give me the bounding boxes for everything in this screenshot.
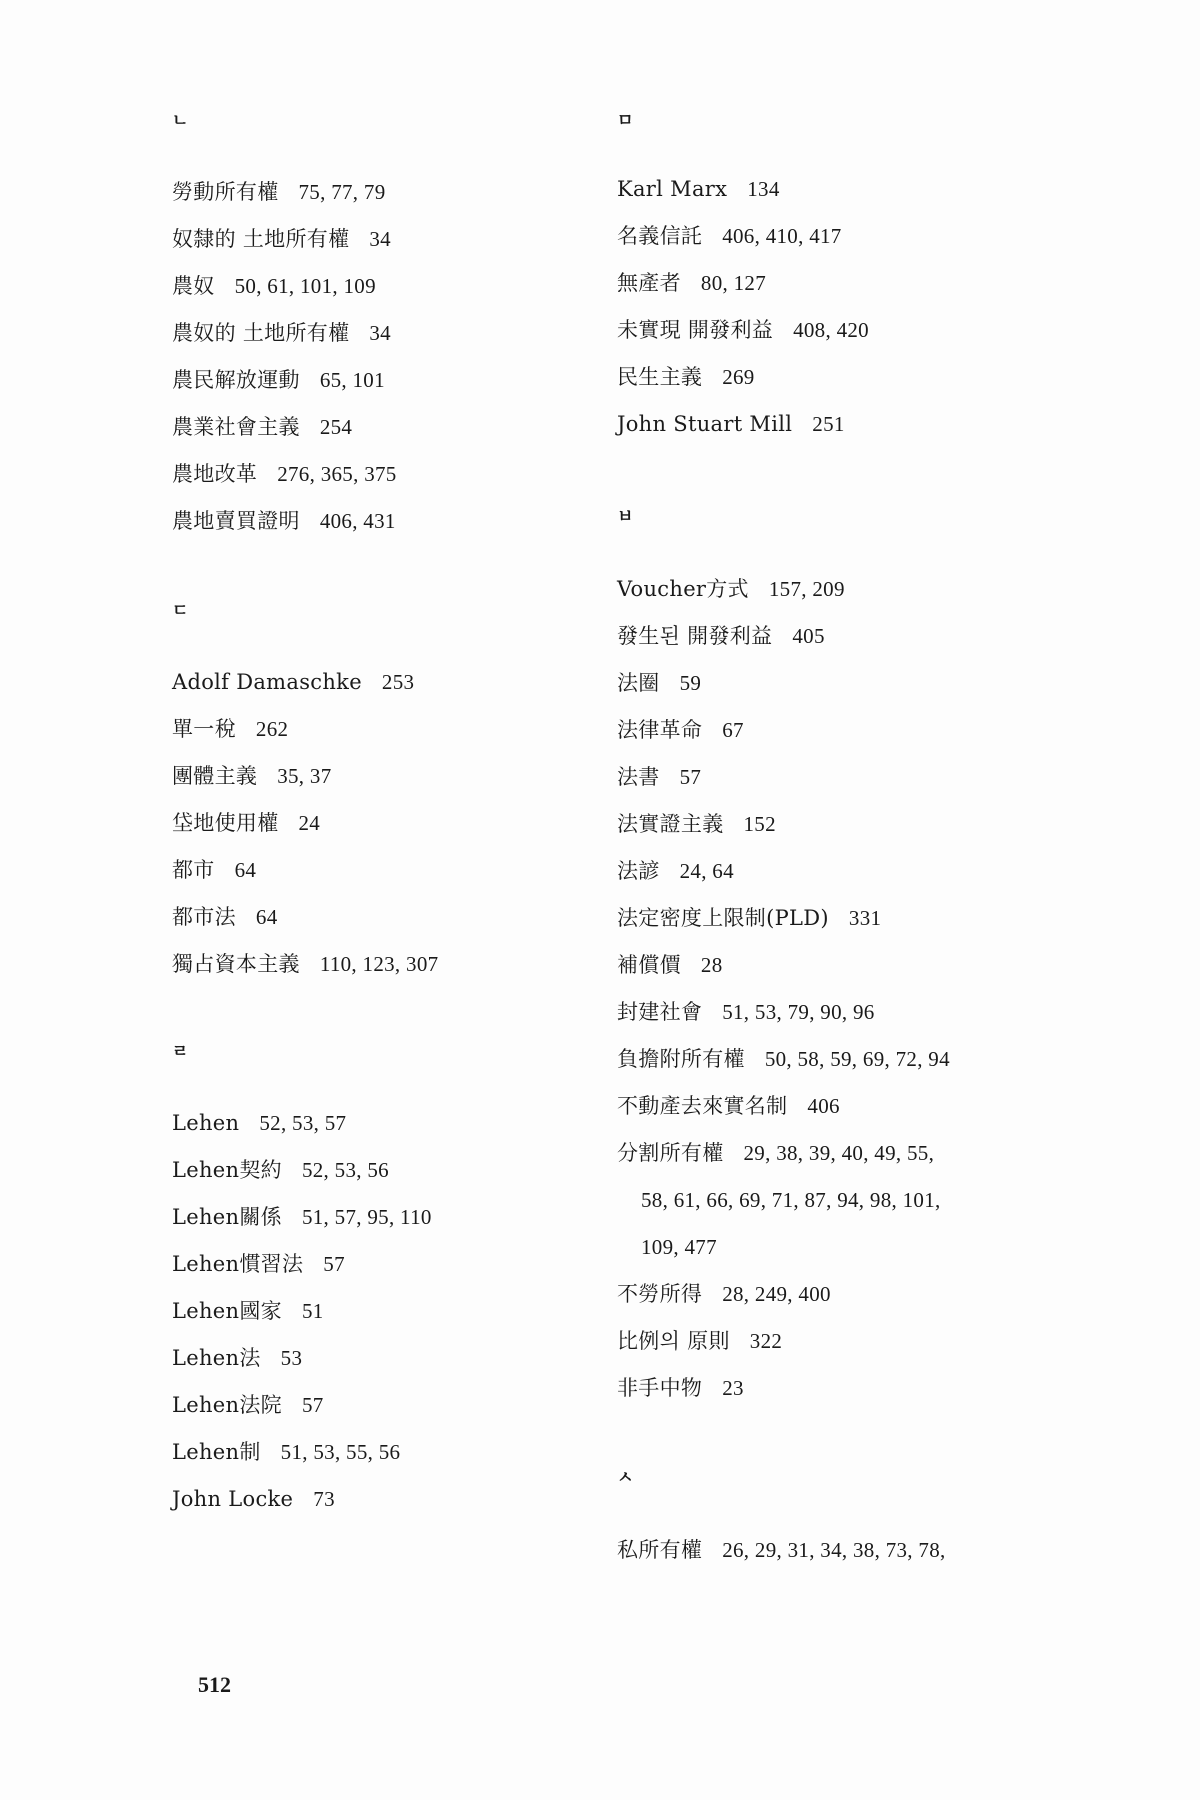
entry-term: Lehen制 <box>172 1440 261 1464</box>
index-entry: John Stuart Mill251 <box>617 401 1057 448</box>
index-entry: 民生主義269 <box>617 354 1057 401</box>
index-entry: 補償價28 <box>617 942 1057 989</box>
entry-list: 私所有權26, 29, 31, 34, 38, 73, 78, <box>617 1527 1057 1574</box>
index-entry: 不動產去來實名制406 <box>617 1083 1057 1130</box>
index-entry: Lehen慣習法57 <box>172 1241 572 1288</box>
entry-pages: 26, 29, 31, 34, 38, 73, 78, <box>722 1538 945 1562</box>
index-entry: 農奴的 土地所有權34 <box>172 310 572 357</box>
entry-pages: 322 <box>750 1329 782 1353</box>
entry-pages: 50, 58, 59, 69, 72, 94 <box>765 1047 950 1071</box>
entry-term: 比例의 原則 <box>617 1329 730 1353</box>
entry-pages: 405 <box>792 624 824 648</box>
entry-pages: 157, 209 <box>769 577 845 601</box>
section-heading: ㄹ <box>172 1037 572 1067</box>
index-entry: Adolf Damaschke253 <box>172 659 572 706</box>
entry-pages: 34 <box>369 227 391 251</box>
entry-pages: 65, 101 <box>320 368 385 392</box>
entry-pages: 57 <box>680 765 702 789</box>
entry-pages: 28, 249, 400 <box>722 1282 831 1306</box>
entry-term: 農民解放運動 <box>172 368 300 392</box>
index-entry-continuation: 109, 477 <box>617 1224 1057 1271</box>
index-entry: 法書57 <box>617 754 1057 801</box>
entry-term: Lehen <box>172 1111 239 1135</box>
entry-pages: 58, 61, 66, 69, 71, 87, 94, 98, 101, <box>641 1188 941 1212</box>
entry-term: Lehen法院 <box>172 1393 282 1417</box>
section-heading: ㅅ <box>617 1463 1057 1493</box>
entry-pages: 253 <box>382 670 414 694</box>
index-entry: 名義信託406, 410, 417 <box>617 213 1057 260</box>
index-entry: 無產者80, 127 <box>617 260 1057 307</box>
entry-pages: 80, 127 <box>701 271 766 295</box>
entry-list: Voucher方式157, 209 發生된 開發利益405 法圈59 法律革命6… <box>617 566 1057 1412</box>
entry-term: 獨占資本主義 <box>172 952 300 976</box>
index-section-bieup: ㅂ Voucher方式157, 209 發生된 開發利益405 法圈59 法律革… <box>617 502 1057 1412</box>
index-entry: 農地賣買證明406, 431 <box>172 498 572 545</box>
entry-term: 封建社會 <box>617 1000 702 1024</box>
entry-pages: 406 <box>807 1094 839 1118</box>
entry-term: Lehen契約 <box>172 1158 282 1182</box>
entry-term: 非手中物 <box>617 1376 702 1400</box>
entry-term: John Stuart Mill <box>617 412 792 436</box>
entry-term: Karl Marx <box>617 177 727 201</box>
entry-term: 分割所有權 <box>617 1141 724 1165</box>
entry-pages: 29, 38, 39, 40, 49, 55, <box>744 1141 935 1165</box>
entry-term: 團體主義 <box>172 764 257 788</box>
entry-pages: 406, 410, 417 <box>722 224 841 248</box>
index-entry: Lehen法院57 <box>172 1382 572 1429</box>
index-entry: 團體主義35, 37 <box>172 753 572 800</box>
entry-term: Lehen慣習法 <box>172 1252 303 1276</box>
index-entry: 農地改革276, 365, 375 <box>172 451 572 498</box>
entry-pages: 408, 420 <box>793 318 869 342</box>
page-number: 512 <box>198 1672 231 1698</box>
index-section-digeut: ㄷ Adolf Damaschke253 單一稅262 團體主義35, 37 垈… <box>172 596 572 988</box>
entry-term: 垈地使用權 <box>172 811 279 835</box>
index-entry: Lehen52, 53, 57 <box>172 1100 572 1147</box>
entry-pages: 35, 37 <box>277 764 331 788</box>
index-entry: 法圈59 <box>617 660 1057 707</box>
entry-term: 農業社會主義 <box>172 415 300 439</box>
index-entry: Lehen關係51, 57, 95, 110 <box>172 1194 572 1241</box>
entry-term: 名義信託 <box>617 224 702 248</box>
entry-pages: 73 <box>313 1487 335 1511</box>
index-entry: 未實現 開發利益408, 420 <box>617 307 1057 354</box>
entry-pages: 134 <box>747 177 779 201</box>
entry-pages: 23 <box>722 1376 744 1400</box>
entry-term: Lehen國家 <box>172 1299 282 1323</box>
entry-pages: 64 <box>256 905 278 929</box>
entry-pages: 28 <box>701 953 723 977</box>
entry-pages: 406, 431 <box>320 509 396 533</box>
entry-pages: 251 <box>812 412 844 436</box>
entry-list: 勞動所有權75, 77, 79 奴隸的 土地所有權34 農奴50, 61, 10… <box>172 169 572 545</box>
index-entry: 獨占資本主義110, 123, 307 <box>172 941 572 988</box>
index-entry: Lehen法53 <box>172 1335 572 1382</box>
entry-term: 負擔附所有權 <box>617 1047 745 1071</box>
entry-pages: 57 <box>302 1393 324 1417</box>
section-heading: ㅁ <box>617 106 1057 136</box>
entry-term: 法諺 <box>617 859 660 883</box>
entry-pages: 51 <box>302 1299 324 1323</box>
index-entry: 勞動所有權75, 77, 79 <box>172 169 572 216</box>
entry-pages: 52, 53, 57 <box>259 1111 346 1135</box>
entry-pages: 57 <box>323 1252 345 1276</box>
entry-pages: 53 <box>281 1346 303 1370</box>
index-section-rieul: ㄹ Lehen52, 53, 57 Lehen契約52, 53, 56 Lehe… <box>172 1037 572 1523</box>
entry-term: Lehen關係 <box>172 1205 282 1229</box>
index-entry: 封建社會51, 53, 79, 90, 96 <box>617 989 1057 1036</box>
index-entry: 比例의 原則322 <box>617 1318 1057 1365</box>
entry-term: 法實證主義 <box>617 812 724 836</box>
index-entry: 負擔附所有權50, 58, 59, 69, 72, 94 <box>617 1036 1057 1083</box>
entry-term: 私所有權 <box>617 1538 702 1562</box>
entry-list: Adolf Damaschke253 單一稅262 團體主義35, 37 垈地使… <box>172 659 572 988</box>
entry-pages: 51, 57, 95, 110 <box>302 1205 432 1229</box>
entry-pages: 75, 77, 79 <box>299 180 386 204</box>
entry-term: 法圈 <box>617 671 660 695</box>
entry-pages: 51, 53, 79, 90, 96 <box>722 1000 874 1024</box>
entry-term: 農奴 <box>172 274 215 298</box>
index-entry: 都市法64 <box>172 894 572 941</box>
index-entry: 農業社會主義254 <box>172 404 572 451</box>
entry-pages: 109, 477 <box>641 1235 717 1259</box>
index-entry: 農民解放運動65, 101 <box>172 357 572 404</box>
entry-term: 法書 <box>617 765 660 789</box>
entry-term: 農地改革 <box>172 462 257 486</box>
index-entry: 單一稅262 <box>172 706 572 753</box>
index-section-siot: ㅅ 私所有權26, 29, 31, 34, 38, 73, 78, <box>617 1463 1057 1574</box>
entry-term: 未實現 開發利益 <box>617 318 773 342</box>
entry-term: John Locke <box>172 1487 293 1511</box>
index-entry: John Locke73 <box>172 1476 572 1523</box>
index-entry: Voucher方式157, 209 <box>617 566 1057 613</box>
index-entry: 分割所有權29, 38, 39, 40, 49, 55, <box>617 1130 1057 1177</box>
entry-pages: 269 <box>722 365 754 389</box>
index-entry: 法律革命67 <box>617 707 1057 754</box>
entry-pages: 24, 64 <box>680 859 734 883</box>
entry-term: 無產者 <box>617 271 681 295</box>
index-entry: 法諺24, 64 <box>617 848 1057 895</box>
index-entry: 法實證主義152 <box>617 801 1057 848</box>
index-entry: Lehen國家51 <box>172 1288 572 1335</box>
index-entry: 農奴50, 61, 101, 109 <box>172 263 572 310</box>
entry-pages: 331 <box>849 906 881 930</box>
entry-pages: 51, 53, 55, 56 <box>281 1440 401 1464</box>
entry-pages: 59 <box>680 671 702 695</box>
entry-term: 農地賣買證明 <box>172 509 300 533</box>
entry-pages: 67 <box>722 718 744 742</box>
section-heading: ㄴ <box>172 106 572 136</box>
section-heading: ㅂ <box>617 502 1057 532</box>
entry-term: 都市法 <box>172 905 236 929</box>
index-entry-continuation: 58, 61, 66, 69, 71, 87, 94, 98, 101, <box>617 1177 1057 1224</box>
entry-pages: 254 <box>320 415 352 439</box>
index-entry: 發生된 開發利益405 <box>617 613 1057 660</box>
entry-pages: 262 <box>256 717 288 741</box>
index-entry: Karl Marx134 <box>617 166 1057 213</box>
entry-pages: 276, 365, 375 <box>277 462 396 486</box>
entry-term: 法律革命 <box>617 718 702 742</box>
index-entry: 不勞所得28, 249, 400 <box>617 1271 1057 1318</box>
entry-pages: 64 <box>235 858 257 882</box>
index-entry: 奴隸的 土地所有權34 <box>172 216 572 263</box>
index-entry: Lehen制51, 53, 55, 56 <box>172 1429 572 1476</box>
entry-term: Adolf Damaschke <box>172 670 362 694</box>
section-heading: ㄷ <box>172 596 572 626</box>
entry-term: 奴隸的 土地所有權 <box>172 227 349 251</box>
entry-pages: 24 <box>299 811 321 835</box>
entry-pages: 34 <box>369 321 391 345</box>
index-entry: 私所有權26, 29, 31, 34, 38, 73, 78, <box>617 1527 1057 1574</box>
entry-term: 補償價 <box>617 953 681 977</box>
entry-pages: 110, 123, 307 <box>320 952 439 976</box>
entry-term: 勞動所有權 <box>172 180 279 204</box>
entry-term: 農奴的 土地所有權 <box>172 321 349 345</box>
entry-pages: 52, 53, 56 <box>302 1158 389 1182</box>
entry-term: 發生된 開發利益 <box>617 624 772 648</box>
entry-term: 法定密度上限制(PLD) <box>617 906 829 930</box>
index-entry: 都市64 <box>172 847 572 894</box>
entry-term: 單一稅 <box>172 717 236 741</box>
index-section-nieun: ㄴ 勞動所有權75, 77, 79 奴隸的 土地所有權34 農奴50, 61, … <box>172 106 572 545</box>
index-section-mieum: ㅁ Karl Marx134 名義信託406, 410, 417 無產者80, … <box>617 106 1057 448</box>
entry-term: 民生主義 <box>617 365 702 389</box>
index-entry: 法定密度上限制(PLD)331 <box>617 895 1057 942</box>
entry-pages: 50, 61, 101, 109 <box>235 274 376 298</box>
entry-list: Karl Marx134 名義信託406, 410, 417 無產者80, 12… <box>617 166 1057 448</box>
entry-term: Voucher方式 <box>617 577 749 601</box>
index-entry: 非手中物23 <box>617 1365 1057 1412</box>
entry-term: 不勞所得 <box>617 1282 702 1306</box>
entry-term: Lehen法 <box>172 1346 261 1370</box>
entry-pages: 152 <box>744 812 776 836</box>
index-entry: Lehen契約52, 53, 56 <box>172 1147 572 1194</box>
entry-term: 不動產去來實名制 <box>617 1094 787 1118</box>
entry-list: Lehen52, 53, 57 Lehen契約52, 53, 56 Lehen關… <box>172 1100 572 1523</box>
index-entry: 垈地使用權24 <box>172 800 572 847</box>
entry-term: 都市 <box>172 858 215 882</box>
